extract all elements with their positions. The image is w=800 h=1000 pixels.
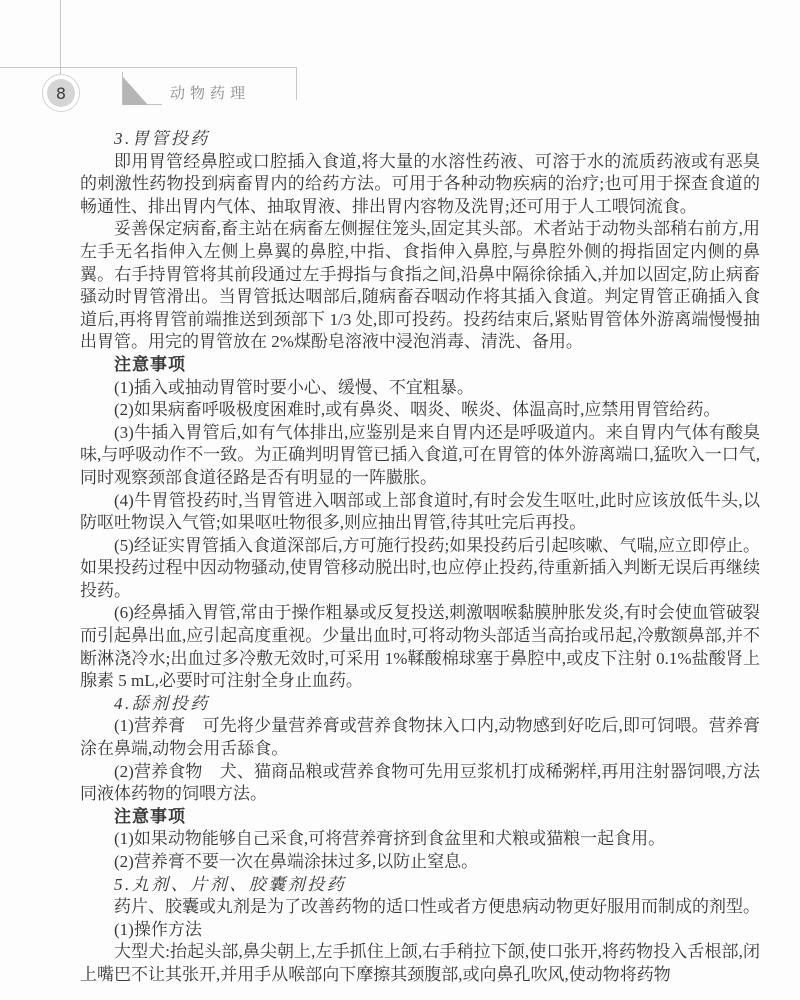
section-heading: 4.舔剂投药 xyxy=(80,693,760,716)
paragraph: (3)牛插入胃管后,如有气体排出,应鉴别是来自胃内还是呼吸道内。来自胃内气体有酸… xyxy=(80,422,760,490)
subsection-heading: 注意事项 xyxy=(80,354,760,377)
paragraph: 妥善保定病畜,畜主站在病畜左侧握住笼头,固定其头部。术者站于动物头部稍右前方,用… xyxy=(80,218,760,354)
paragraph: (2)营养膏不要一次在鼻端涂抹过多,以防止窒息。 xyxy=(80,851,760,874)
running-head-title: 动物药理 xyxy=(170,82,250,103)
paragraph: (1)如果动物能够自己采食,可将营养膏挤到食盆里和犬粮或猫粮一起食用。 xyxy=(80,828,760,851)
paragraph: (1)插入或抽动胃管时要小心、缓慢、不宜粗暴。 xyxy=(80,377,760,400)
header-horizontal-rule xyxy=(0,67,297,68)
paragraph: (6)经鼻插入胃管,常由于操作粗暴或反复投送,刺激咽喉黏膜肿胀发炎,有时会使血管… xyxy=(80,602,760,692)
page-number-badge: 8 xyxy=(42,74,80,112)
subsection-heading: 注意事项 xyxy=(80,806,760,829)
paragraph: (4)牛胃管投药时,当胃管进入咽部或上部食道时,有时会发生呕吐,此时应该放低牛头… xyxy=(80,490,760,535)
section-heading: 5.丸剂、片剂、胶囊剂投药 xyxy=(80,874,760,897)
paragraph: (1)操作方法 xyxy=(80,919,760,942)
paragraph: (5)经证实胃管插入食道深部后,方可施行投药;如果投药后引起咳嗽、气喘,应立即停… xyxy=(80,535,760,603)
page-number: 8 xyxy=(47,79,75,107)
triangle-icon xyxy=(123,77,148,105)
paragraph: (2)如果病畜呼吸极度困难时,或有鼻炎、咽炎、喉炎、体温高时,应禁用胃管给药。 xyxy=(80,399,760,422)
paragraph: (2)营养食物 犬、猫商品粮或营养食物可先用豆浆机打成稀粥样,再用注射器饲喂,方… xyxy=(80,761,760,806)
content: 3.胃管投药即用胃管经鼻腔或口腔插入食道,将大量的水溶性药液、可溶于水的流质药液… xyxy=(80,128,760,987)
paragraph: 大型犬:抬起头部,鼻尖朝上,左手抓住上颌,右手稍拉下颌,使口张开,将药物投入舌根… xyxy=(80,941,760,986)
paragraph: 即用胃管经鼻腔或口腔插入食道,将大量的水溶性药液、可溶于水的流质药液或有恶臭的刺… xyxy=(80,151,760,219)
header-rule-end-stub xyxy=(296,67,297,100)
section-heading: 3.胃管投药 xyxy=(80,128,760,151)
paragraph: (1)营养膏 可先将少量营养膏或营养食物抹入口内,动物感到好吃后,即可饲喂。营养… xyxy=(80,715,760,760)
book-page: 8 动物药理 3.胃管投药即用胃管经鼻腔或口腔插入食道,将大量的水溶性药液、可溶… xyxy=(0,0,800,1000)
paragraph: 药片、胶囊或丸剂是为了改善药物的适口性或者方便患病动物更好服用而制成的剂型。 xyxy=(80,896,760,919)
header-vertical-rule xyxy=(60,0,61,75)
